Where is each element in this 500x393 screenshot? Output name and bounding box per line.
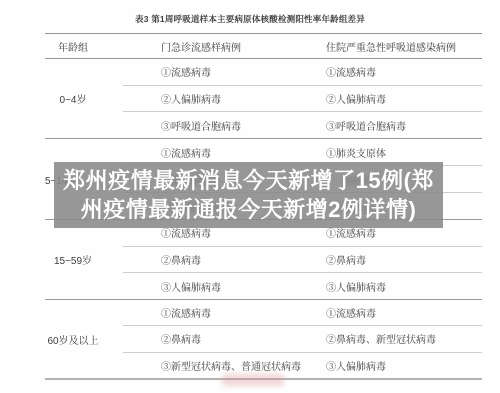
pathogen-cell: ③人偏肺病毒 [325,358,482,373]
table-row: 15~59岁 ①流感病毒 ①流感病毒 ②鼻病毒 ②鼻病毒 ③人偏肺病毒 ③人偏肺… [45,220,482,300]
table-row: 60岁及以上 ①流感病毒 ①流感病毒 ②鼻病毒 ②鼻病毒、新型冠状病毒 ③新型冠… [45,300,482,380]
table-title: 表3 第1周呼吸道样本主要病原体核酸检测阳性率年龄组差异 [0,13,500,25]
headline-line-1: 郑州疫情最新消息今天新增了15例(郑 [54,166,443,195]
pathogen-cell: ②鼻病毒 [123,331,325,346]
pathogen-cell: ①流感病毒 [325,305,482,320]
pathogen-cell: ③人偏肺病毒 [123,279,325,294]
article-image: 表3 第1周呼吸道样本主要病原体核酸检测阳性率年龄组差异 年龄组 门急诊流感样病… [0,0,500,393]
headline-line-2: 州疫情最新通报今天新增2例详情) [54,195,443,224]
table-row: 0~4岁 ①流感病毒 ①流感病毒 ②人偏肺病毒 ②人偏肺病毒 ③呼吸道合胞病毒 … [45,59,482,139]
headline-overlay-banner: 郑州疫情最新消息今天新增了15例(郑 州疫情最新通报今天新增2例详情) [54,162,443,228]
age-group-label: 60岁及以上 [45,300,123,378]
pathogen-cell: ①流感病毒 [123,305,325,320]
pathogen-cell: ②鼻病毒 [325,252,482,267]
age-group-label: 0~4岁 [45,59,123,138]
header-outpatient-ili-cases: 门急诊流感样病例 [123,39,325,54]
header-hospitalized-sari-cases: 住院严重急性呼吸道感染病例 [325,39,482,54]
pathogen-cell: ①流感病毒 [123,64,325,79]
watermark-smudge [222,374,284,386]
pathogen-cell: ②人偏肺病毒 [325,91,482,106]
table-header-row: 年龄组 门急诊流感样病例 住院严重急性呼吸道感染病例 [45,34,482,59]
pathogen-cell: ③新型冠状病毒、普通冠状病毒 [123,358,325,373]
header-age-group: 年龄组 [45,39,123,54]
pathogen-cell: ③呼吸道合胞病毒 [123,118,325,133]
age-group-label: 15~59岁 [45,220,123,299]
pathogen-cell: ②鼻病毒、新型冠状病毒 [325,331,482,346]
pathogen-cell: ③人偏肺病毒 [325,279,482,294]
pathogen-cell: ①流感病毒 [123,145,325,160]
pathogen-cell: ①流感病毒 [325,64,482,79]
pathogen-cell: ③呼吸道合胞病毒 [325,118,482,133]
pathogen-cell: ①肺炎支原体 [325,145,482,160]
pathogen-cell: ②人偏肺病毒 [123,91,325,106]
pathogen-cell: ②鼻病毒 [123,252,325,267]
